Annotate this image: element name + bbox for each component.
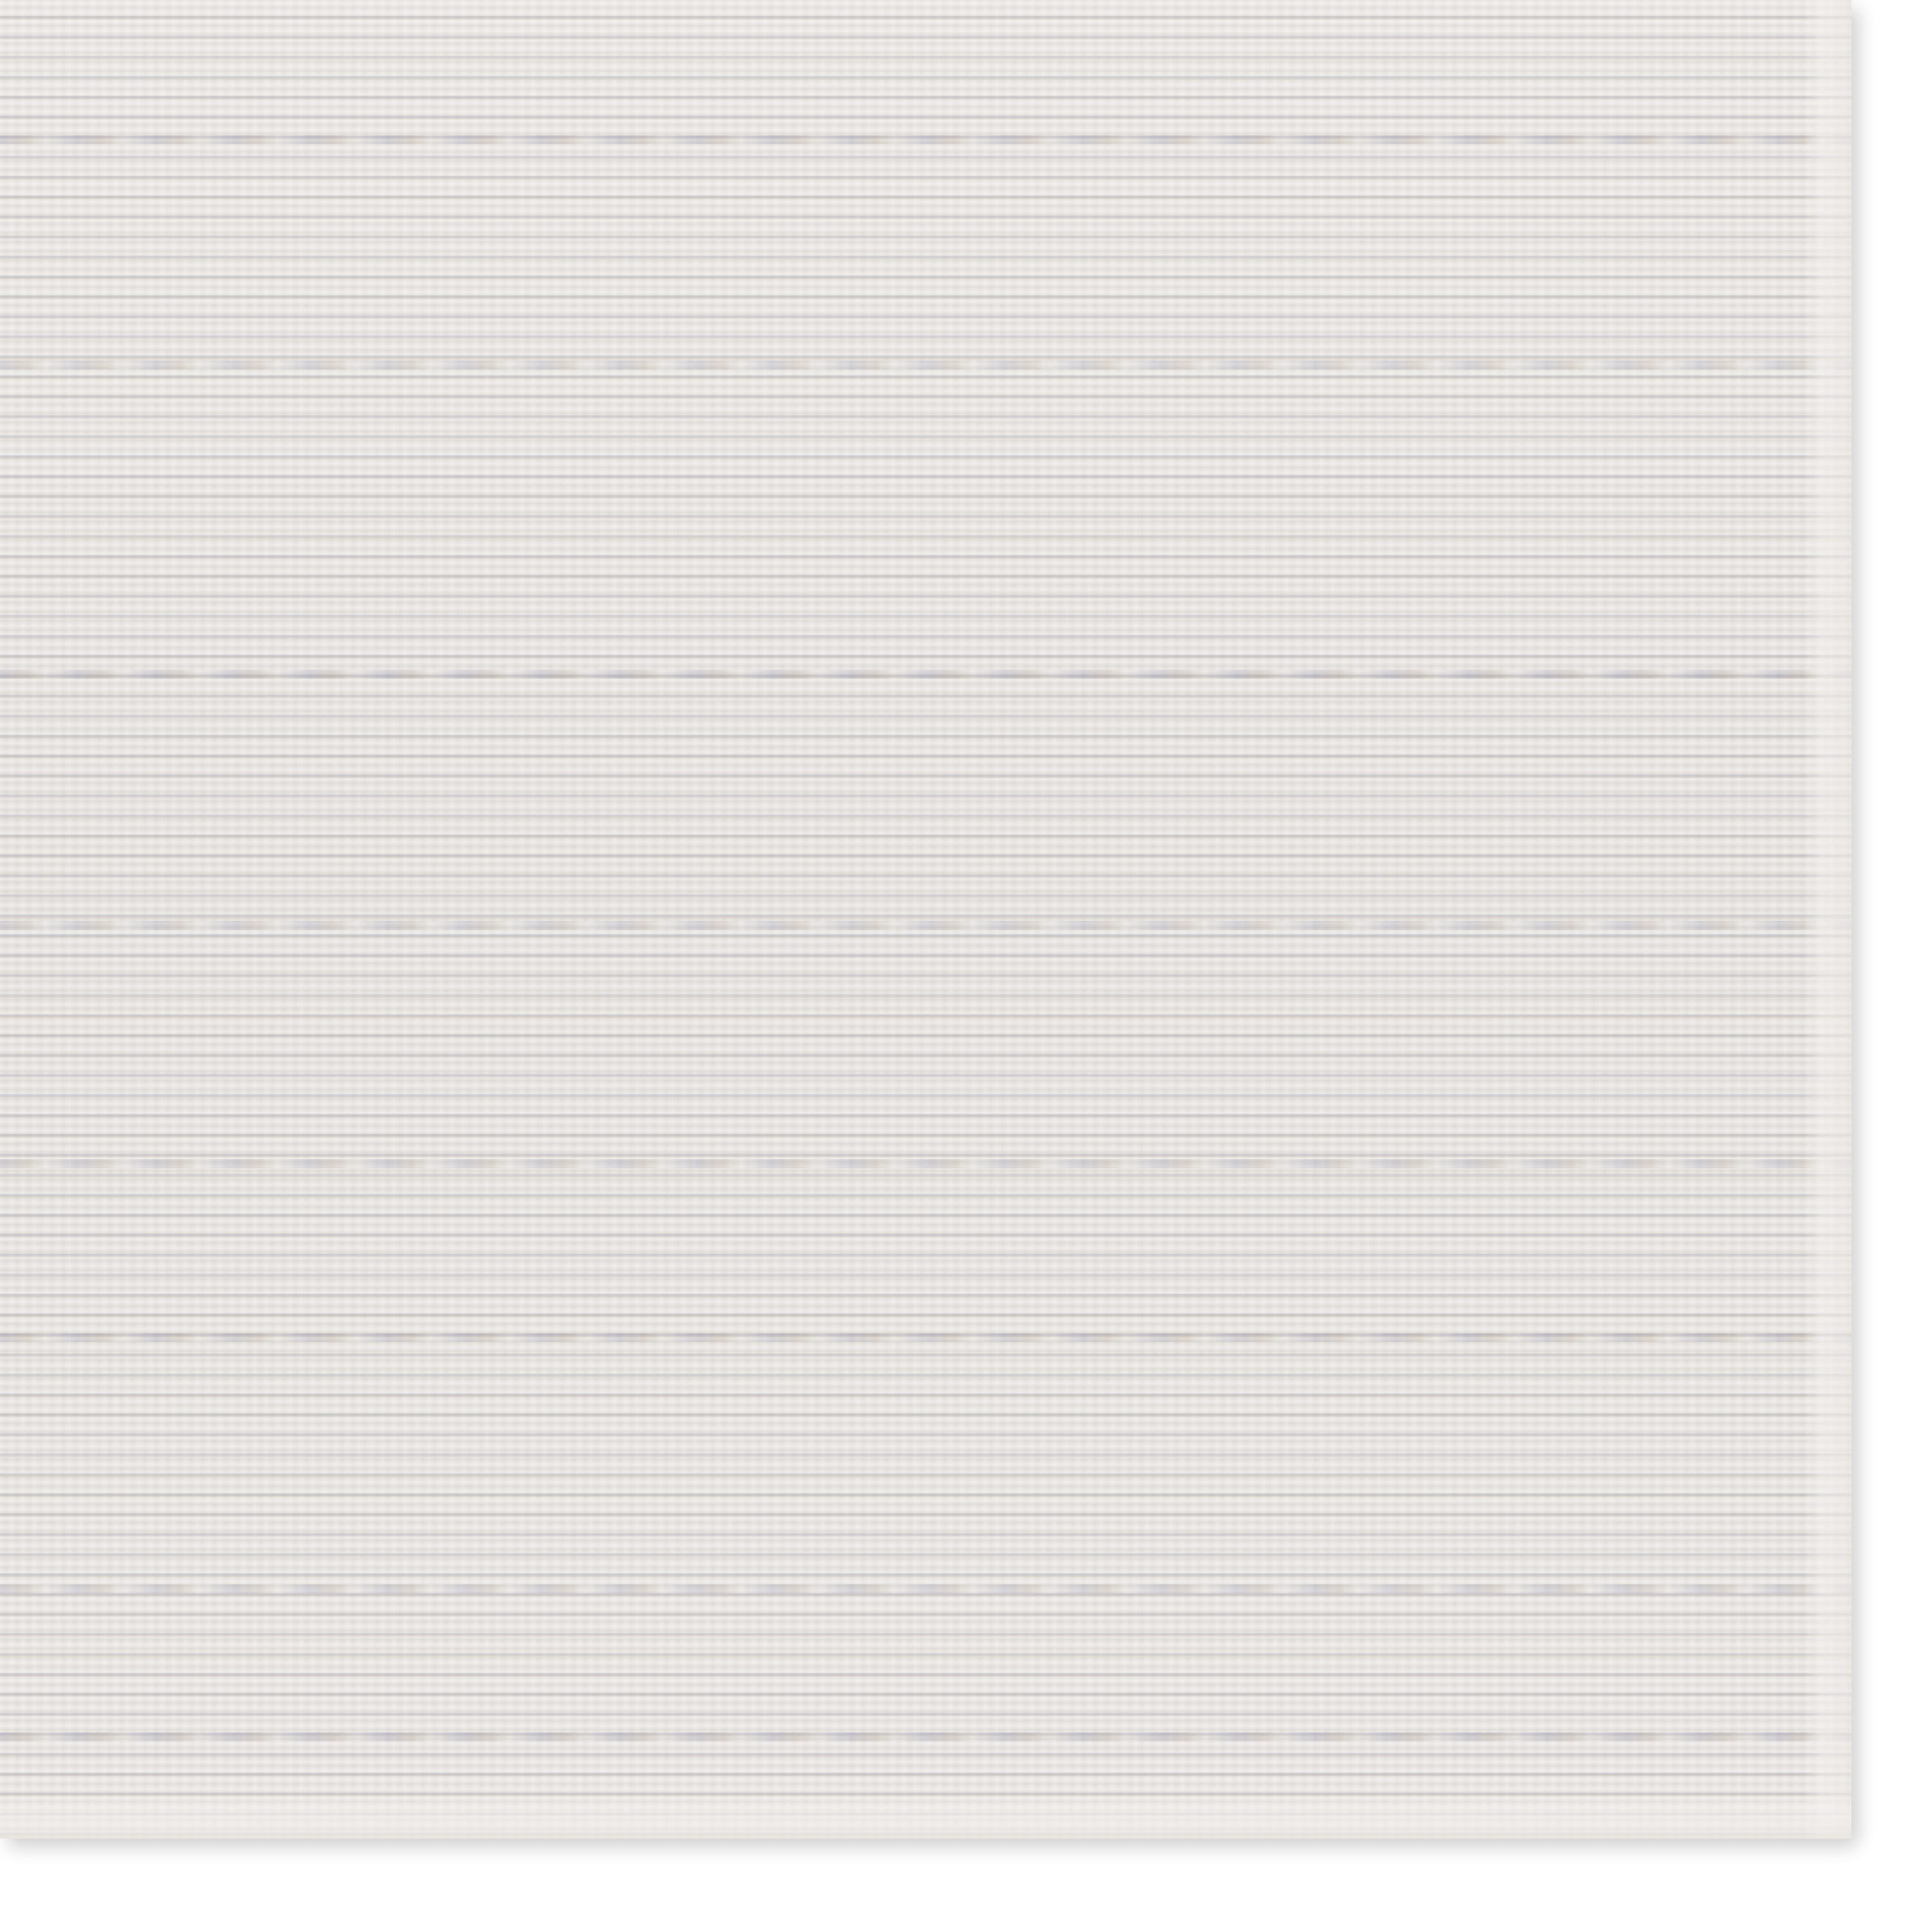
rug-bottom-edge: [0, 1797, 1851, 1839]
rug-stripe: [0, 921, 1851, 930]
rug-right-edge: [1803, 0, 1851, 1839]
product-photo: [0, 0, 1932, 1932]
rug: [0, 0, 1851, 1839]
rug-stripe: [0, 361, 1851, 370]
rug-stripe: [0, 670, 1851, 679]
rug-stripe: [0, 1584, 1851, 1593]
rug-stripe: [0, 1333, 1851, 1342]
rug-stripe: [0, 1159, 1851, 1168]
rug-stripe: [0, 1732, 1851, 1741]
rug-stripe: [0, 135, 1851, 144]
